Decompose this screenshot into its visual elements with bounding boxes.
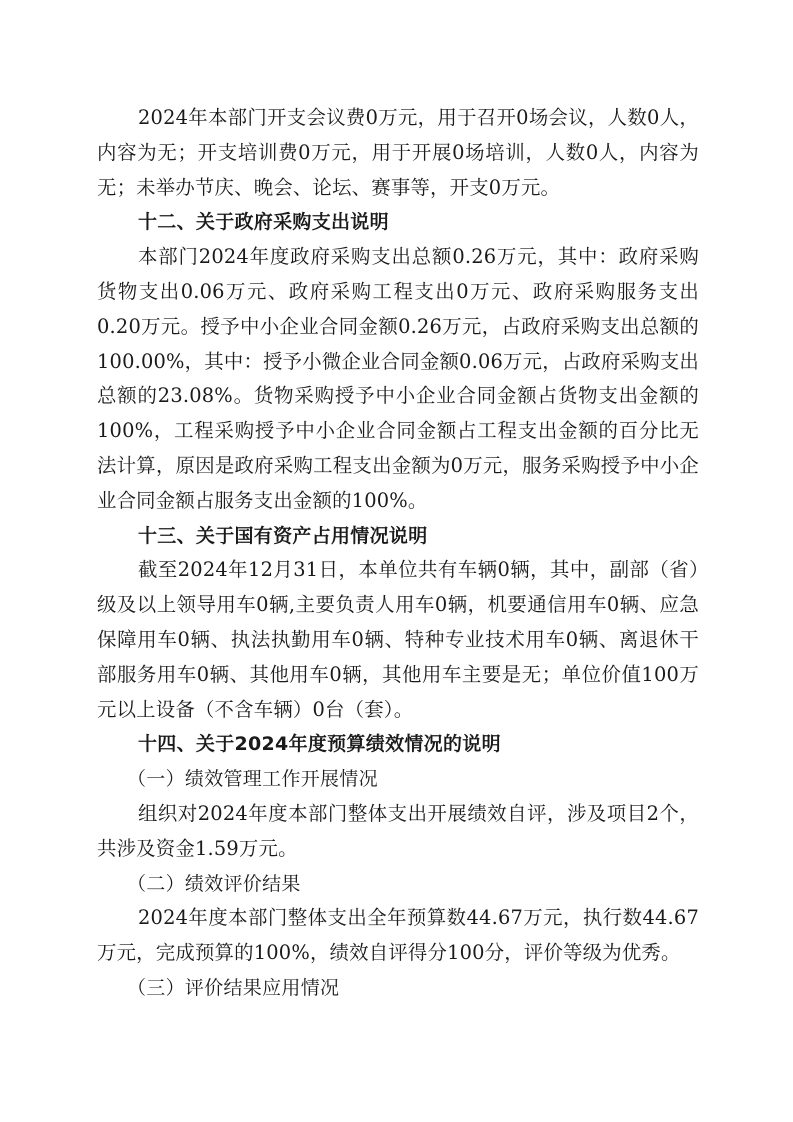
paragraph-performance-management: 组织对2024年度本部门整体支出开展绩效自评，涉及项目2个，共涉及资金1.59万… — [97, 797, 699, 867]
heading-section-14-performance: 十四、关于2024年度预算绩效情况的说明 — [97, 727, 699, 762]
heading-section-12-procurement: 十二、关于政府采购支出说明 — [97, 205, 699, 240]
subheading-results-application: （三）评价结果应用情况 — [97, 971, 699, 1006]
paragraph-meeting-training-costs: 2024年本部门开支会议费0万元，用于召开0场会议，人数0人，内容为无；开支培训… — [97, 101, 699, 205]
paragraph-evaluation-results: 2024年度本部门整体支出全年预算数44.67万元，执行数44.67万元，完成预… — [97, 901, 699, 971]
paragraph-procurement: 本部门2024年度政府采购支出总额0.26万元，其中：政府采购货物支出0.06万… — [97, 240, 699, 518]
heading-section-13-assets: 十三、关于国有资产占用情况说明 — [97, 519, 699, 554]
subheading-performance-management: （一）绩效管理工作开展情况 — [97, 762, 699, 797]
document-page: 2024年本部门开支会议费0万元，用于召开0场会议，人数0人，内容为无；开支培训… — [97, 101, 699, 1006]
subheading-evaluation-results: （二）绩效评价结果 — [97, 867, 699, 902]
paragraph-assets: 截至2024年12月31日，本单位共有车辆0辆，其中，副部（省）级及以上领导用车… — [97, 553, 699, 727]
